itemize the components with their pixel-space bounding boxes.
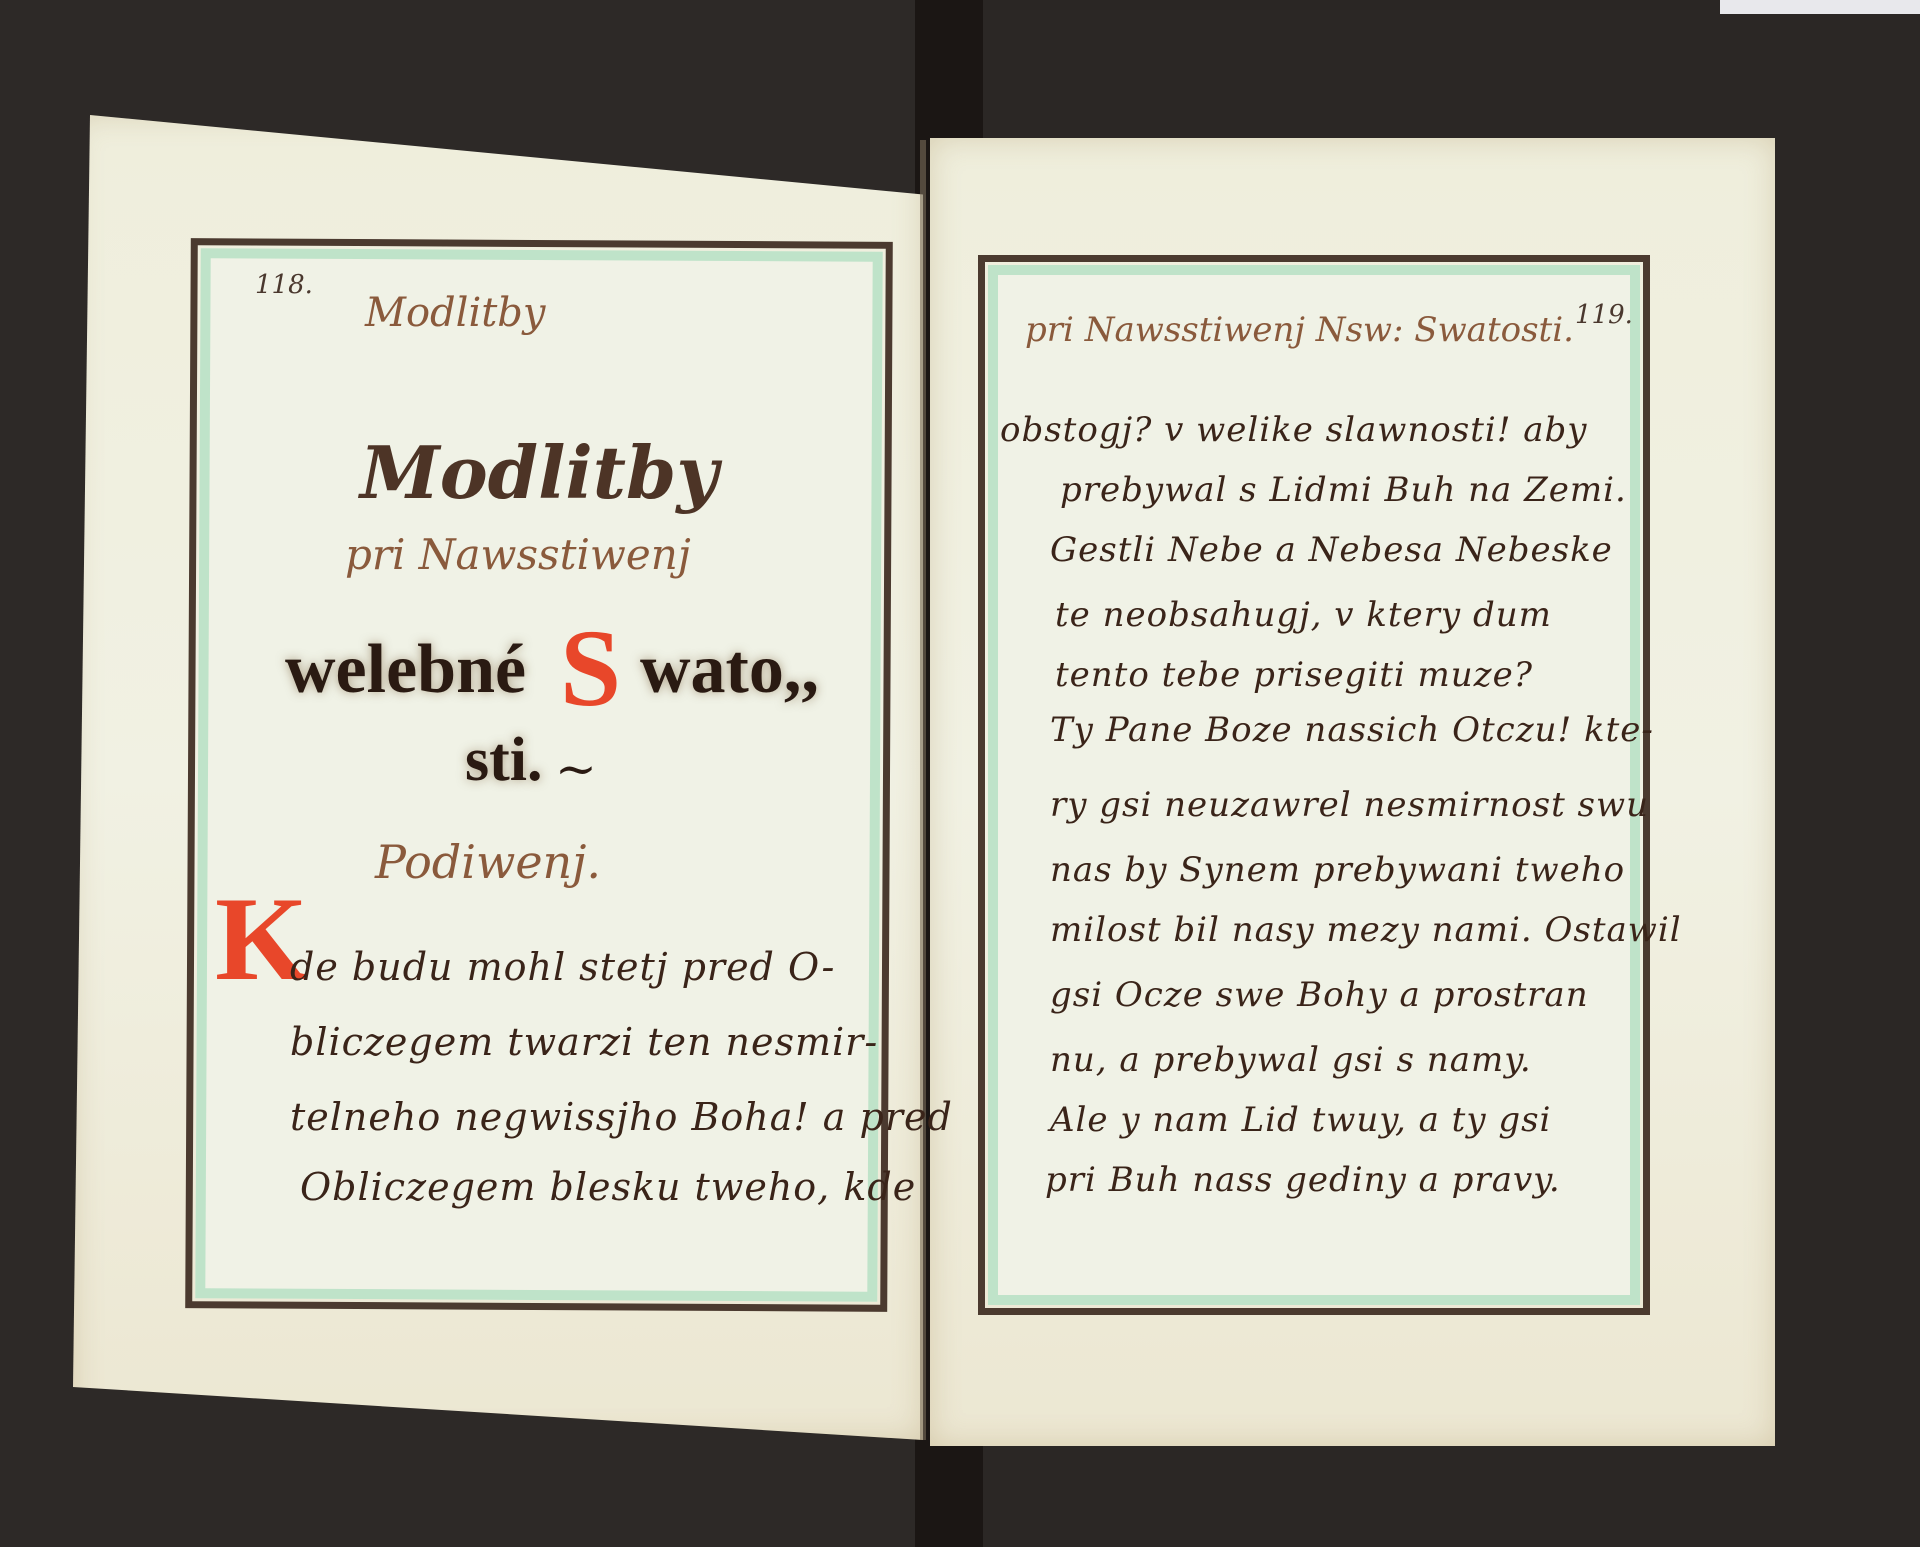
- right-text-line: ry gsi neuzawrel nesmirnost swu: [1050, 785, 1649, 825]
- left-running-head: Modlitby: [365, 290, 546, 336]
- left-text-line: bliczegem twarzi ten nesmir-: [290, 1020, 878, 1064]
- right-text-line: te neobsahugj, v ktery dum: [1055, 595, 1552, 635]
- title-line-1: Modlitby: [360, 430, 718, 515]
- right-text-line: nas by Synem prebywani tweho: [1050, 850, 1625, 890]
- scan-corner: [1720, 0, 1920, 14]
- title-flourish: ~: [555, 740, 597, 798]
- title-line-4: sti.: [465, 725, 543, 796]
- right-folio-number: 119.: [1575, 300, 1633, 330]
- right-text-line: prebywal s Lidmi Buh na Zemi.: [1060, 470, 1627, 510]
- right-text-line: Gestli Nebe a Nebesa Nebeske: [1050, 530, 1613, 570]
- right-text-line: obstogj? v welike slawnosti! aby: [1000, 410, 1587, 450]
- right-running-head: pri Nawsstiwenj Nsw: Swatosti.: [1025, 310, 1574, 350]
- right-text-line: Ty Pane Boze nassich Otczu! kte-: [1050, 710, 1654, 750]
- title-line-3a: welebné: [285, 630, 526, 710]
- right-text-line: tento tebe prisegiti muze?: [1055, 655, 1533, 695]
- left-text-line: telneho negwissjho Boha! a pred: [290, 1095, 953, 1139]
- book-spine: [920, 140, 926, 1440]
- right-text-line: nu, a prebywal gsi s namy.: [1050, 1040, 1532, 1080]
- section-heading: Podiwenj.: [375, 835, 601, 889]
- right-text-line: pri Buh nass gediny a pravy.: [1045, 1160, 1561, 1200]
- left-text-line: Obliczegem blesku tweho, kde: [300, 1165, 916, 1209]
- left-folio-number: 118.: [255, 270, 313, 300]
- title-line-2: pri Nawsstiwenj: [345, 530, 691, 579]
- title-line-3b: wato,,: [640, 630, 819, 710]
- right-text-line: gsi Ocze swe Bohy a prostran: [1050, 975, 1589, 1015]
- right-text-line: milost bil nasy mezy nami. Ostawil: [1050, 910, 1682, 950]
- title-red-initial: S: [560, 605, 621, 732]
- right-text-line: Ale y nam Lid twuy, a ty gsi: [1050, 1100, 1551, 1140]
- left-text-line: de budu mohl stetj pred O-: [290, 945, 835, 989]
